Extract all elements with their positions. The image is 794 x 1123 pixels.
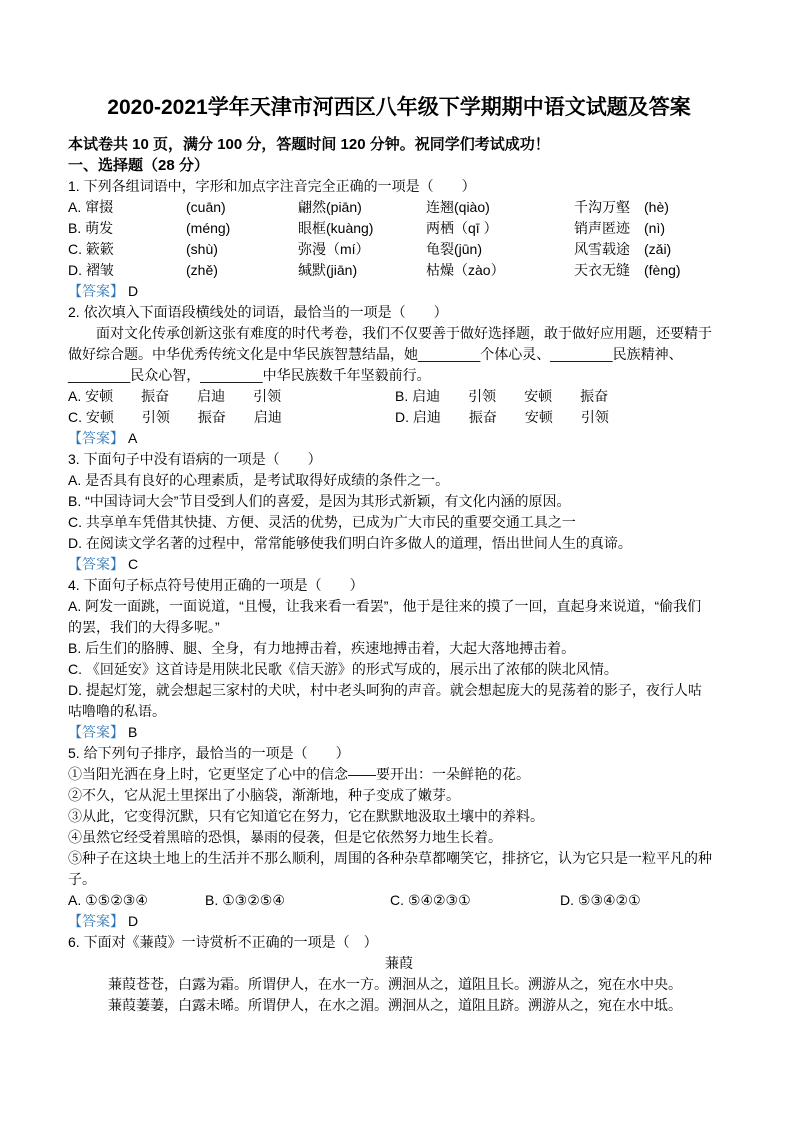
q1-b-word1: B. 萌发 bbox=[68, 218, 186, 239]
q1-d-word2: 缄默(jiān) bbox=[298, 260, 426, 281]
q5-option-a: A. ①⑤②③④ bbox=[68, 890, 205, 911]
answer-label: 【答案】 bbox=[68, 913, 124, 929]
q5-option-d: D. ⑤③④②① bbox=[560, 890, 730, 911]
q1-c-word1: C. 簌簌 bbox=[68, 239, 186, 260]
q2-answer: 【答案】A bbox=[68, 428, 730, 449]
q4-stem: 4. 下面句子标点符号使用正确的一项是（ ） bbox=[68, 575, 730, 596]
q1-answer: 【答案】D bbox=[68, 281, 730, 302]
q5-sentence-5-line2: 子。 bbox=[68, 869, 730, 890]
q3-answer: 【答案】C bbox=[68, 554, 730, 575]
q1-a-word2: 翩然(piān) bbox=[298, 197, 426, 218]
q5-answer-letter: D bbox=[124, 913, 138, 929]
q4-answer: 【答案】B bbox=[68, 722, 730, 743]
q1-option-row-a: A. 窜掇(cuān)翩然(piān)连翘(qiào)千沟万壑 (hè) bbox=[68, 197, 730, 218]
q5-stem: 5. 给下列句子排序，最恰当的一项是（ ） bbox=[68, 743, 730, 764]
q5-sentence-3: ③从此，它变得沉默，只有它知道它在努力，它在默默地汲取土壤中的养料。 bbox=[68, 806, 730, 827]
q1-d-pinyin1: (zhě) bbox=[186, 260, 298, 281]
q5-sentence-1: ①当阳光洒在身上时，它更坚定了心中的信念——要开出：一朵鲜艳的花。 bbox=[68, 764, 730, 785]
answer-label: 【答案】 bbox=[68, 430, 124, 446]
q1-d-word3: 枯燥（zào） bbox=[426, 260, 574, 281]
q1-a-word4: 千沟万壑 (hè) bbox=[574, 197, 730, 218]
q2-option-row-2: C. 安顿 引领 振奋 启迪D. 启迪 振奋 安顿 引领 bbox=[68, 407, 730, 428]
q4-option-b: B. 后生们的胳膊、腿、全身，有力地搏击着，疾速地搏击着，大起大落地搏击着。 bbox=[68, 638, 730, 659]
exam-intro: 本试卷共 10 页，满分 100 分，答题时间 120 分钟。祝同学们考试成功！ bbox=[68, 134, 730, 155]
q5-sentence-4: ④虽然它经受着黑暗的恐惧，暴雨的侵袭，但是它依然努力地生长着。 bbox=[68, 827, 730, 848]
q4-answer-letter: B bbox=[124, 724, 137, 740]
page-title: 2020-2021学年天津市河西区八年级下学期期中语文试题及答案 bbox=[68, 95, 730, 121]
q2-passage-line: 面对文化传承创新这张有难度的时代考卷，我们不仅要善于做好选择题，敢于做好应用题，… bbox=[68, 323, 730, 344]
q3-option-d: D. 在阅读文学名著的过程中，常常能够使我们明白许多做人的道理，悟出世间人生的真… bbox=[68, 533, 730, 554]
q5-sentence-5-line1: ⑤种子在这块土地上的生活并不那么顺利，周围的各种杂草都嘲笑它，排挤它，认为它只是… bbox=[68, 848, 730, 869]
answer-label: 【答案】 bbox=[68, 283, 124, 299]
q1-a-word3: 连翘(qiào) bbox=[426, 197, 574, 218]
q1-answer-letter: D bbox=[124, 283, 138, 299]
q5-sentence-2: ②不久，它从泥土里探出了小脑袋，渐渐地，种子变成了嫩芽。 bbox=[68, 785, 730, 806]
q4-option-d-line1: D. 提起灯笼，就会想起三家村的犬吠，村中老头呵狗的声音。就会想起庞大的晃荡着的… bbox=[68, 680, 730, 701]
q3-stem: 3. 下面句子中没有语病的一项是（ ） bbox=[68, 449, 730, 470]
q5-option-b: B. ①③②⑤④ bbox=[205, 890, 390, 911]
section-heading: 一、选择题（28 分） bbox=[68, 155, 730, 176]
q1-option-row-b: B. 萌发(méng)眼框(kuàng)两栖（qī ）销声匿迹 (nì) bbox=[68, 218, 730, 239]
q1-b-pinyin1: (méng) bbox=[186, 218, 298, 239]
q2-option-row-1: A. 安顿 振奋 启迪 引领B. 启迪 引领 安顿 振奋 bbox=[68, 386, 730, 407]
q2-option-a: A. 安顿 振奋 启迪 引领 bbox=[68, 386, 395, 407]
q2-passage-line: 做好综合题。中华优秀传统文化是中华民族智慧结晶，她________个体心灵、__… bbox=[68, 344, 730, 365]
q4-option-d-line2: 咕噜噜的私语。 bbox=[68, 701, 730, 722]
q1-c-word3: 龟裂(jūn) bbox=[426, 239, 574, 260]
q1-b-word3: 两栖（qī ） bbox=[426, 218, 574, 239]
q1-d-word4: 天衣无缝 (fèng) bbox=[574, 260, 730, 281]
q1-option-row-d: D. 褶皱(zhě)缄默(jiān)枯燥（zào）天衣无缝 (fèng) bbox=[68, 260, 730, 281]
q2-option-d: D. 启迪 振奋 安顿 引领 bbox=[395, 407, 730, 428]
answer-label: 【答案】 bbox=[68, 724, 124, 740]
q1-c-word2: 弥漫（mí） bbox=[298, 239, 426, 260]
q3-answer-letter: C bbox=[124, 556, 138, 572]
poem-line-1: 蒹葭苍苍，白露为霜。所谓伊人，在水一方。溯洄从之，道阻且长。溯游从之，宛在水中央… bbox=[68, 974, 730, 995]
q2-answer-letter: A bbox=[124, 430, 137, 446]
q4-option-a-line1: A. 阿发一面跳，一面说道，“且慢，让我来看一看罢”，他于是往来的摸了一回，直起… bbox=[68, 596, 730, 617]
q2-stem: 2. 依次填入下面语段横线处的词语，最恰当的一项是（ ） bbox=[68, 302, 730, 323]
q1-b-word2: 眼框(kuàng) bbox=[298, 218, 426, 239]
q5-answer: 【答案】D bbox=[68, 911, 730, 932]
q3-option-a: A. 是否具有良好的心理素质，是考试取得好成绩的条件之一。 bbox=[68, 470, 730, 491]
q4-option-c: C. 《回延安》这首诗是用陕北民歌《信天游》的形式写成的，展示出了浓郁的陕北风情… bbox=[68, 659, 730, 680]
q1-a-pinyin1: (cuān) bbox=[186, 197, 298, 218]
q4-option-a-line2: 的罢，我们的大得多呢。” bbox=[68, 617, 730, 638]
q3-option-c: C. 共享单车凭借其快捷、方便、灵活的优势，已成为广大市民的重要交通工具之一 bbox=[68, 512, 730, 533]
q1-c-pinyin1: (shù) bbox=[186, 239, 298, 260]
q3-option-b: B. “中国诗词大会”节目受到人们的喜爱，是因为其形式新颖，有文化内涵的原因。 bbox=[68, 491, 730, 512]
poem-line-2: 蒹葭萋萋，白露未晞。所谓伊人，在水之湄。溯洄从之，道阻且跻。溯游从之，宛在水中坻… bbox=[68, 995, 730, 1016]
document-page: 2020-2021学年天津市河西区八年级下学期期中语文试题及答案 本试卷共 10… bbox=[0, 0, 794, 1123]
q1-c-word4: 风雪载途 (zǎi) bbox=[574, 239, 730, 260]
q2-passage-line: ________民众心智，________中华民族数千年坚毅前行。 bbox=[68, 365, 730, 386]
q2-option-c: C. 安顿 引领 振奋 启迪 bbox=[68, 407, 395, 428]
q5-option-c: C. ⑤④②③① bbox=[390, 890, 560, 911]
q6-stem: 6. 下面对《蒹葭》一诗赏析不正确的一项是（ ） bbox=[68, 932, 730, 953]
q2-option-b: B. 启迪 引领 安顿 振奋 bbox=[395, 386, 730, 407]
q1-option-row-c: C. 簌簌(shù)弥漫（mí）龟裂(jūn)风雪载途 (zǎi) bbox=[68, 239, 730, 260]
poem-title: 蒹葭 bbox=[68, 953, 730, 974]
q5-option-row: A. ①⑤②③④B. ①③②⑤④C. ⑤④②③①D. ⑤③④②① bbox=[68, 890, 730, 911]
q1-d-word1: D. 褶皱 bbox=[68, 260, 186, 281]
q1-a-word1: A. 窜掇 bbox=[68, 197, 186, 218]
answer-label: 【答案】 bbox=[68, 556, 124, 572]
q1-stem: 1. 下列各组词语中，字形和加点字注音完全正确的一项是（ ） bbox=[68, 176, 730, 197]
q1-b-word4: 销声匿迹 (nì) bbox=[574, 218, 730, 239]
